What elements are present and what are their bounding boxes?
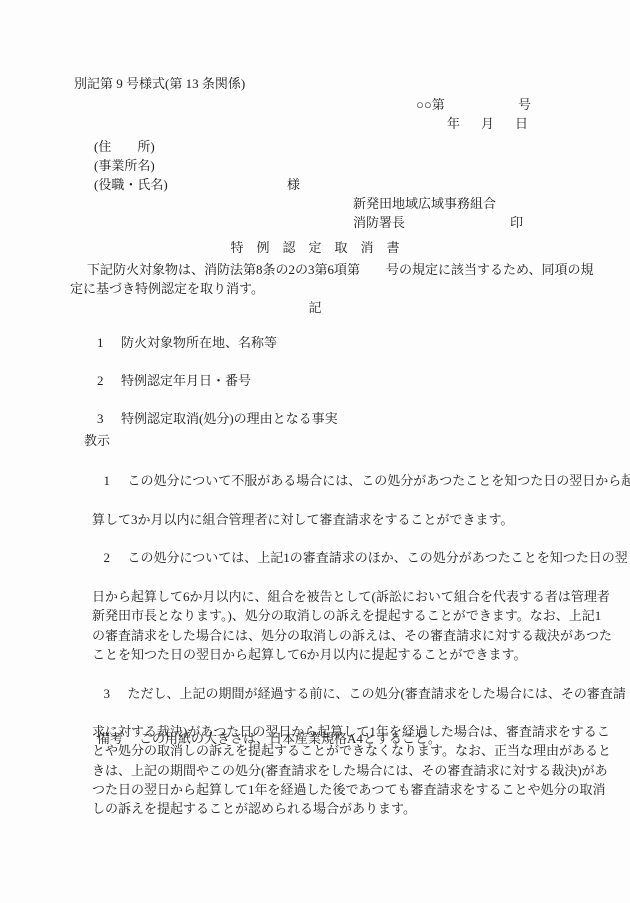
record-item-text: 防火対象物所在地、名称等 [121,335,277,350]
kyoji-line-number: 2 [104,548,128,567]
kyoji-line: 1この処分について不服がある場合には、この処分があつたことを知つた日の翌日から起 [70,452,562,510]
recipient-honorific: 様 [287,177,300,192]
record-marker: 記 [0,300,630,315]
remarks-label: 備考 [97,731,123,746]
doc-number-suffix: 号 [518,97,531,112]
record-item: 3特例認定取消(処分)の理由となる事実 [84,396,338,441]
remarks-text: この用紙の大きさは、日本産業規格A4とすること。 [139,731,441,746]
document-page: 別記第 9 号様式(第 13 条関係) ○○第 号 年 月 日 (住 所) (事… [0,0,630,903]
kyoji-line: 算して3か月以内に組合管理者に対して審査請求をすることができます。 [70,510,562,529]
document-title: 特 例 認 定 取 消 書 [0,240,630,255]
recipient-address-label: (住 所) [94,139,155,154]
kyoji-line: の審査請求をした場合には、処分の取消しの訴えは、その審査請求に対する裁決があつた [70,626,562,645]
issuer-organization: 新発田地域広域事務組合 [353,196,496,211]
recipient-role-label: (役職・氏名) [94,177,168,192]
kyoji-line-number: 1 [104,471,128,490]
date-year-label: 年 [447,116,460,131]
kyoji-line-text: この処分について不服がある場合には、この処分があつたことを知つた日の翌日から起 [128,473,630,488]
kyoji-line-number: 3 [104,684,128,703]
record-item-text: 特例認定年月日・番号 [121,373,251,388]
date-day-label: 日 [515,116,528,131]
issuer-post: 消防署長 [353,215,405,230]
doc-number-line: ○○第 号 [416,97,531,112]
kyoji-line: 新発田市長となります。)、処分の取消しの訴えを提起することができます。なお、上記… [70,606,562,625]
doc-number-prefix: ○○第 [416,97,445,112]
kyoji-line-text: この処分については、上記1の審査請求のほか、この処分があつたことを知つた日の翌 [128,550,628,565]
kyoji-line: つた日の翌日から起算して1年を経過した後であつても審査請求をすることや処分の取消 [70,780,562,799]
kyoji-line: ことを知つた日の翌日から起算して6か月以内に提起することができます。 [70,645,562,664]
form-number-label: 別記第 9 号様式(第 13 条関係) [74,76,245,91]
issuer-seal-mark: 印 [510,215,523,230]
body-paragraph-line-1: 下記防火対象物は、消防法第8条の2の3第6項第 号の規定に該当するため、同項の規 [70,262,593,277]
kyoji-heading: 教示 [84,433,110,448]
date-month-label: 月 [481,116,494,131]
kyoji-line: 2この処分については、上記1の審査請求のほか、この処分があつたことを知つた日の翌 [70,529,562,587]
record-item-text: 特例認定取消(処分)の理由となる事実 [121,411,338,426]
record-item-number: 2 [97,373,121,388]
record-item-number: 1 [97,335,121,350]
body-paragraph-line-2: 定に基づき特例認定を取り消す。 [70,281,264,296]
kyoji-line: きは、上記の期間やこの処分(審査請求をした場合には、その審査請求に対する裁決)が… [70,761,562,780]
date-line: 年 月 日 [447,116,528,131]
kyoji-line: しの訴えを提起することが認められる場合があります。 [70,799,562,818]
kyoji-line: 3ただし、上記の期間が経過する前に、この処分(審査請求をした場合には、その審査請 [70,664,562,722]
kyoji-line-text: ただし、上記の期間が経過する前に、この処分(審査請求をした場合には、その審査請 [128,686,626,701]
kyoji-section: 1この処分について不服がある場合には、この処分があつたことを知つた日の翌日から起… [70,452,562,819]
recipient-office-label: (事業所名) [94,158,155,173]
record-item-number: 3 [97,411,121,426]
remarks-note: 備考この用紙の大きさは、日本産業規格A4とすること。 [84,716,441,761]
kyoji-line: 日から起算して6か月以内に、組合を被告として(訴訟において組合を代表する者は管理… [70,587,562,606]
